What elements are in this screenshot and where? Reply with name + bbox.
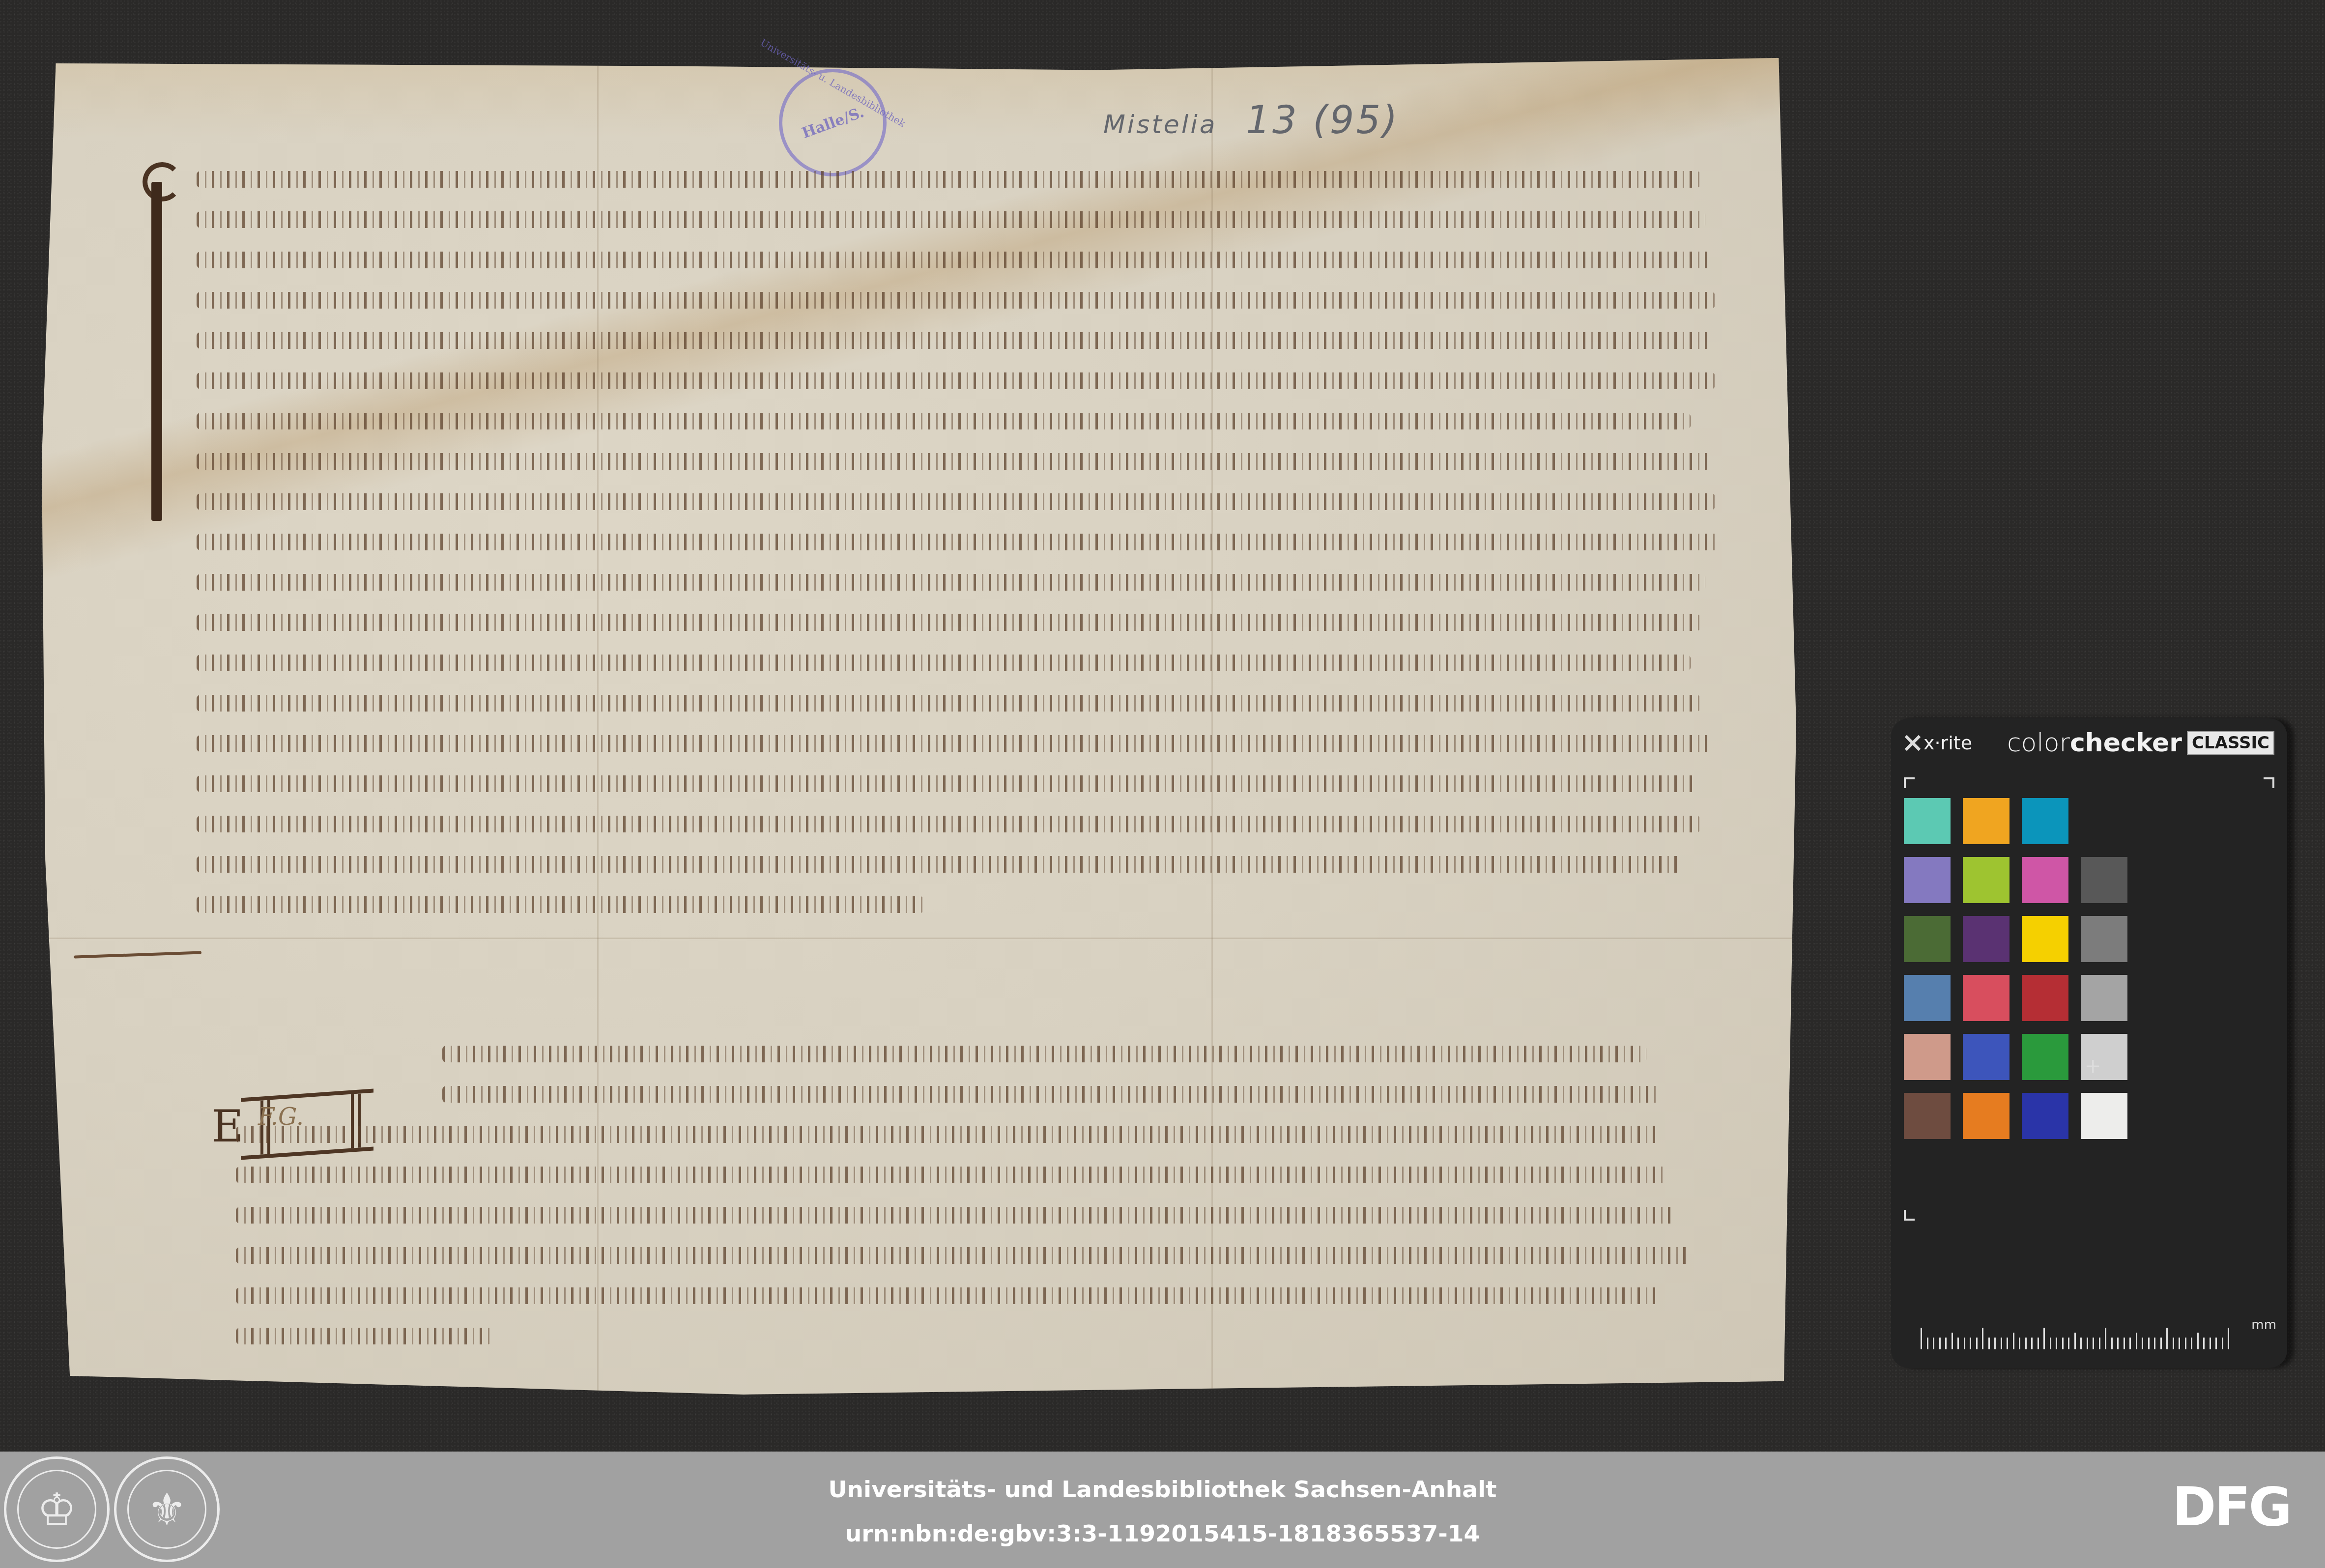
text-line — [197, 318, 1769, 359]
color-checker-card: x·rite color checker CLASSIC + mm — [1891, 718, 2287, 1368]
text-line — [197, 480, 1769, 520]
ruler-tick — [2087, 1338, 2088, 1349]
color-patch — [1963, 1034, 2009, 1080]
notary-subscription — [442, 1032, 1769, 1354]
subscription-line — [442, 1072, 1769, 1112]
ruler-tick — [2062, 1338, 2064, 1349]
color-patch — [2081, 857, 2127, 903]
ruler-tick — [1964, 1338, 1965, 1349]
ruler-tick — [2056, 1338, 2057, 1349]
text-line — [197, 520, 1769, 560]
ruler-tick — [2111, 1338, 2113, 1349]
color-patch — [2022, 1034, 2068, 1080]
ruler-tick — [2173, 1338, 2174, 1349]
ruler-tick — [1957, 1338, 1959, 1349]
ruler-tick — [2142, 1338, 2143, 1349]
color-patch — [2022, 857, 2068, 903]
subscription-line — [236, 1233, 1769, 1274]
product-name-light: color — [2007, 728, 2070, 758]
color-patch — [1904, 916, 1951, 962]
color-patch — [1904, 857, 1951, 903]
ruler-tick — [1945, 1338, 1947, 1349]
ruler-tick — [2007, 1338, 2008, 1349]
product-name: color checker CLASSIC — [2007, 728, 2274, 758]
ruler-tick — [2136, 1333, 2137, 1349]
initial-stem — [151, 182, 162, 521]
color-patch — [1904, 798, 1951, 844]
dfg-logo: DFG — [2172, 1481, 2290, 1534]
color-patch — [1963, 857, 2009, 903]
ruler-tick — [2129, 1338, 2131, 1349]
color-patch-grid — [1904, 798, 2128, 1140]
color-patch — [2022, 975, 2068, 1021]
xrite-logo: x·rite — [1905, 732, 1972, 754]
color-patch — [2081, 1093, 2127, 1139]
text-line — [197, 641, 1769, 681]
ruler-tick — [2043, 1328, 2045, 1349]
ruler-tick — [2222, 1338, 2223, 1349]
shelfmark-number: 13 (95) — [1246, 98, 1399, 143]
subscription-line — [236, 1153, 1769, 1193]
text-line — [197, 762, 1769, 802]
color-patch — [2081, 975, 2127, 1021]
text-line — [197, 439, 1769, 480]
ruler-tick — [2197, 1333, 2199, 1349]
ruler-tick — [2203, 1338, 2205, 1349]
text-line — [197, 560, 1769, 600]
subscription-line — [442, 1032, 1769, 1072]
ruler-tick — [2025, 1338, 2027, 1349]
pencil-shelfmark: Mistelia 13 (95) — [1103, 98, 1400, 143]
color-patch — [2022, 1093, 2068, 1139]
color-patch — [1904, 1093, 1951, 1139]
ruler-tick — [2124, 1338, 2125, 1349]
ruler-tick — [2154, 1338, 2155, 1349]
ruler-tick — [2050, 1338, 2051, 1349]
ruler-tick — [2099, 1338, 2100, 1349]
text-line — [197, 600, 1769, 641]
text-line — [197, 278, 1769, 318]
ruler-tick — [2148, 1338, 2150, 1349]
ruler-tick — [2166, 1328, 2168, 1349]
ruler-tick — [2038, 1338, 2039, 1349]
text-line — [197, 842, 1769, 883]
ruler-tick — [2019, 1338, 2020, 1349]
ruler-unit: mm — [2251, 1318, 2276, 1333]
text-line — [197, 198, 1769, 238]
color-patch — [1904, 975, 1951, 1021]
text-line — [197, 721, 1769, 762]
subscription-line — [236, 1274, 1769, 1314]
color-patch — [2081, 916, 2127, 962]
ruler-tick — [2215, 1338, 2217, 1349]
registration-corner — [2264, 777, 2274, 788]
text-line — [197, 399, 1769, 439]
ruler-tick — [1952, 1333, 1953, 1349]
ruler-tick — [1988, 1338, 1990, 1349]
mm-ruler — [1921, 1325, 2235, 1349]
classic-badge: CLASSIC — [2187, 731, 2274, 755]
library-footer: ♔ ⚜ Universitäts- und Landesbibliothek S… — [0, 1452, 2325, 1568]
ruler-tick — [2179, 1338, 2180, 1349]
color-patch — [1963, 1093, 2009, 1139]
ruler-tick — [2080, 1338, 2082, 1349]
ruler-tick — [2074, 1333, 2076, 1349]
registration-corner — [1904, 1210, 1915, 1221]
ruler-tick — [2068, 1338, 2069, 1349]
text-line — [197, 883, 1769, 923]
ruler-tick — [2031, 1338, 2033, 1349]
stamp-center-text: Halle/S. — [800, 104, 866, 142]
color-patch — [1963, 798, 2009, 844]
text-line — [197, 359, 1769, 399]
ruler-tick — [1976, 1338, 1978, 1349]
charter-text-body — [197, 157, 1769, 923]
xrite-icon — [1905, 733, 1920, 753]
subscription-line — [236, 1112, 1769, 1153]
fold-line — [42, 938, 1796, 939]
institution-name: Universitäts- und Landesbibliothek Sachs… — [0, 1476, 2325, 1503]
ruler-tick — [2228, 1328, 2229, 1349]
brand-name: x·rite — [1923, 732, 1972, 754]
ruler-tick — [2185, 1338, 2186, 1349]
shelfmark-prefix: Mistelia — [1103, 110, 1217, 140]
color-patch — [1904, 1034, 1951, 1080]
text-line — [197, 238, 1769, 278]
color-patch — [2081, 798, 2127, 844]
ruler-tick — [2093, 1338, 2094, 1349]
text-line — [197, 681, 1769, 721]
crosshair-icon: + — [2085, 1056, 2101, 1076]
ruler-tick — [1921, 1328, 1922, 1349]
subscription-line — [236, 1193, 1769, 1233]
text-line — [197, 157, 1769, 198]
urn-identifier: urn:nbn:de:gbv:3:3-1192015415-1818365537… — [0, 1520, 2325, 1547]
ruler-tick — [2160, 1338, 2162, 1349]
color-patch — [1963, 916, 2009, 962]
subscription-line — [236, 1314, 1769, 1354]
ruler-tick — [1994, 1338, 1996, 1349]
ruler-tick — [2001, 1338, 2002, 1349]
decorated-initial — [143, 162, 172, 521]
color-patch — [1963, 975, 2009, 1021]
registration-corner — [1904, 777, 1915, 788]
ruler-tick — [2105, 1328, 2106, 1349]
ruler-tick — [2191, 1338, 2192, 1349]
ruler-tick — [1982, 1328, 1983, 1349]
ruler-tick — [1933, 1338, 1934, 1349]
color-patch — [2022, 798, 2068, 844]
ruler-tick — [1927, 1338, 1928, 1349]
ruler-tick — [2210, 1338, 2211, 1349]
initial-scroll — [143, 162, 182, 201]
ruler-tick — [2013, 1333, 2014, 1349]
ruler-tick — [2117, 1338, 2119, 1349]
product-name-bold: checker — [2070, 728, 2182, 758]
ruler-tick — [1939, 1338, 1941, 1349]
text-line — [197, 802, 1769, 842]
color-patch — [2022, 916, 2068, 962]
ruler-tick — [1970, 1338, 1971, 1349]
